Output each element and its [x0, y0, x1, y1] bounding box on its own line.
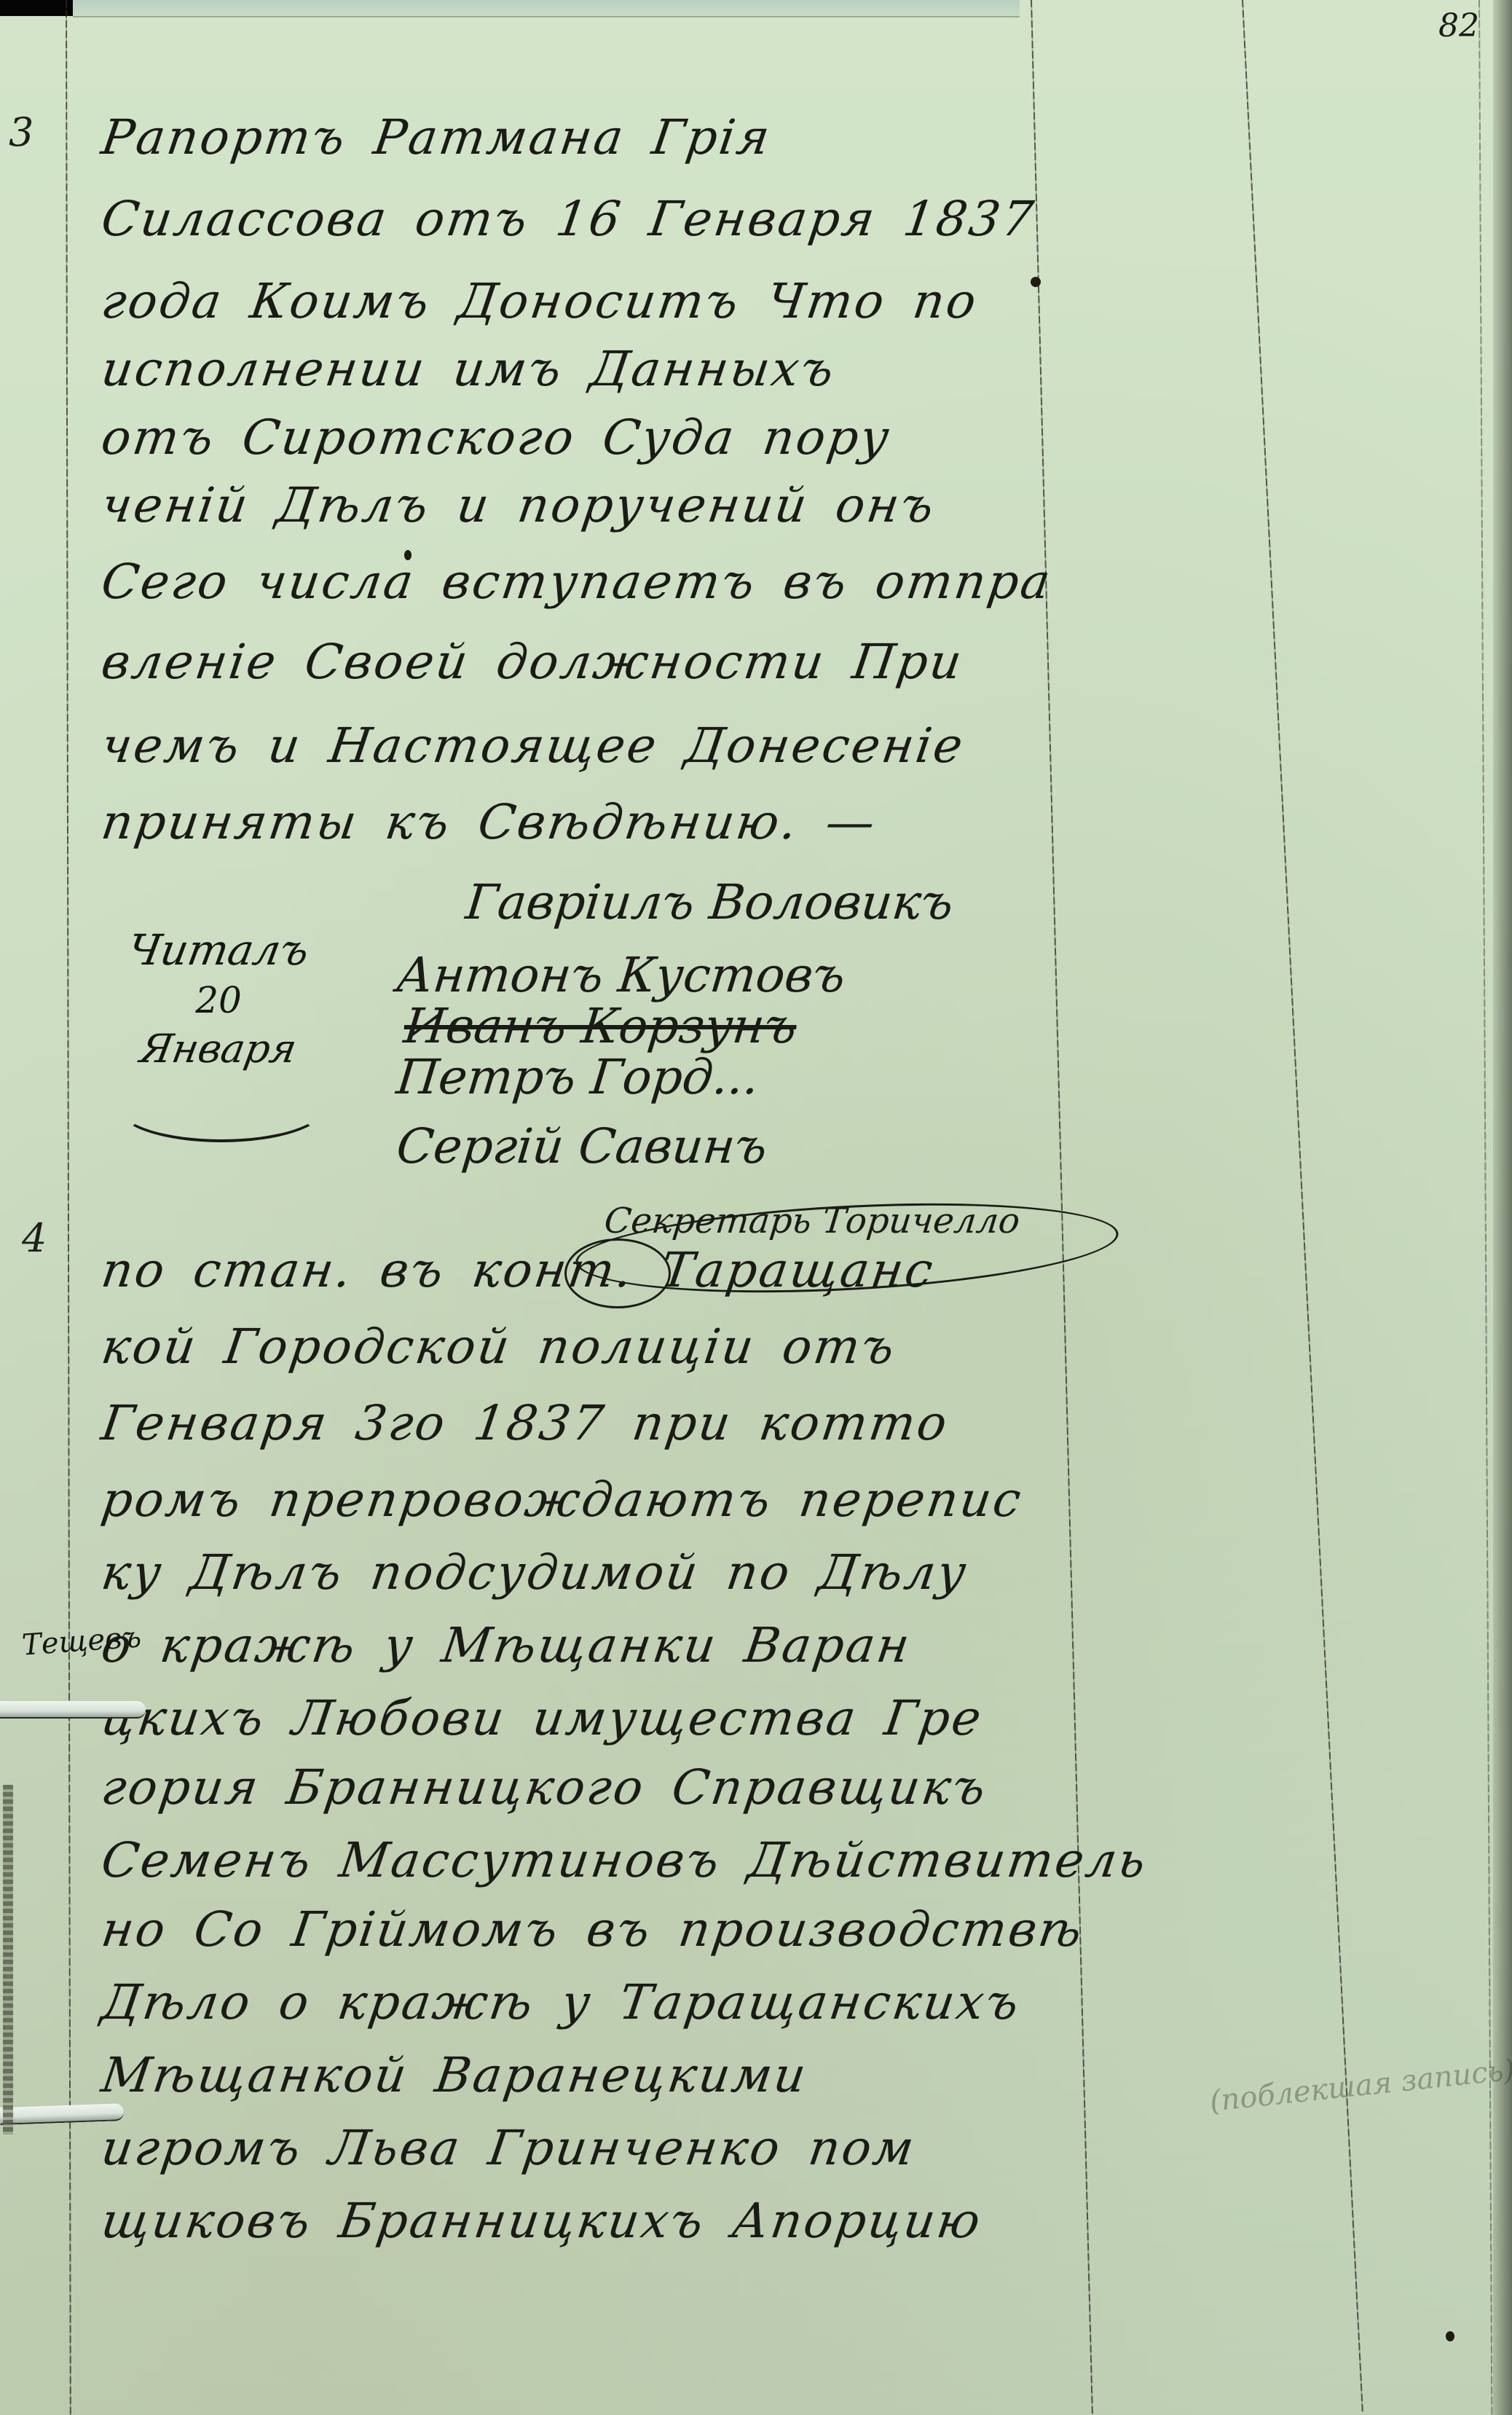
- notes-column-rule: [1242, 0, 1363, 2412]
- entry-3-line-2: Силассова отъ 16 Генваря 1837: [98, 191, 1039, 247]
- page-number: 82: [1438, 7, 1479, 44]
- margin-note-line-2: 20: [109, 979, 328, 1021]
- entry-4-line-6: о кражѣ у Мѣщанки Варан: [98, 1617, 916, 1673]
- ink-speck: [1446, 2331, 1454, 2341]
- document-page: 82 3 Рапортъ Ратманa Грiя Силассова отъ …: [0, 0, 1512, 2415]
- entry-3-line-6: ченiй Дѣлъ и поручений онъ: [98, 477, 940, 533]
- entry-4-line-2: кой Городской полицiи отъ: [98, 1319, 900, 1375]
- margin-note-line-3: Января: [105, 1026, 331, 1072]
- entry-4-line-14: щиковъ Бранницкихъ Апорцию: [98, 2193, 986, 2249]
- entry-4-line-4: ромъ препровождаютъ перепис: [98, 1472, 1027, 1528]
- entry-4-line-10: но Со Грiймомъ въ производствѣ: [98, 1901, 1087, 1957]
- top-page-fold: [73, 0, 1020, 17]
- margin-note-line-1: Читалъ: [105, 925, 332, 975]
- signature-5: Сергiй Савинъ: [394, 1118, 770, 1174]
- margin-flourish: [117, 1071, 326, 1142]
- entry-4-line-13: игромъ Льва Гринченко пом: [98, 2120, 920, 2176]
- entry-4-line-1: по стан. въ конт. Таращанс: [98, 1242, 939, 1298]
- signature-4: Петръ Горд...: [394, 1049, 762, 1105]
- entry-4-line-7: цкихъ Любови имущества Гре: [98, 1690, 987, 1746]
- scan-corner: [0, 0, 73, 16]
- binding-thread-vertical: [3, 1785, 13, 2135]
- faint-right-note: (поблекшая запись): [1208, 2053, 1512, 2118]
- entry-3-line-5: отъ Сиротского Суда пору: [98, 409, 895, 466]
- entry-3-line-4: исполнении имъ Данныхъ: [98, 341, 840, 397]
- entry-number: 3: [9, 109, 34, 155]
- entry-3-line-7: Сего числа вступаетъ въ отпра: [98, 554, 1056, 610]
- entry-4-line-11: Дѣло о кражѣ у Таращанскихъ: [98, 1974, 1025, 2030]
- entry-3-line-1: Рапортъ Ратманa Грiя: [98, 109, 776, 165]
- entry-4-line-5: ку Дѣлъ подсудимой по Дѣлу: [98, 1544, 972, 1601]
- signature-2: Антонъ Кустовъ: [394, 947, 848, 1003]
- entry-3-line-9: чемъ и Настоящее Донесенiе: [98, 718, 969, 774]
- margin-note-read: Читалъ 20 Января: [109, 925, 328, 1072]
- left-margin-rule: [66, 0, 71, 2415]
- signature-3: Иванъ Корзунъ: [401, 998, 800, 1054]
- entry-3-line-3: года Коимъ Доноситъ Что по: [98, 273, 982, 329]
- entry-4-line-8: гория Бранницкого Справщикъ: [98, 1759, 991, 1815]
- entry-number: 4: [22, 1215, 47, 1261]
- ink-speck: [404, 550, 412, 560]
- text-column-rule: [1031, 0, 1093, 2414]
- ink-speck: [1031, 277, 1041, 287]
- entry-4-line-9: Семенъ Массутиновъ Дѣйствитель: [98, 1832, 1151, 1888]
- entry-3-line-8: вленiе Своей должности При: [98, 634, 967, 690]
- page-edge-rule: [1478, 0, 1492, 2415]
- entry-4-line-3: Генваря 3го 1837 при котто: [98, 1395, 953, 1451]
- binding-thread-upper: [0, 1701, 146, 1719]
- entry-3-line-10: приняты къ Свѣдѣнию. —: [98, 794, 881, 850]
- secretary-signature: Секретарь Торичелло: [602, 1201, 1022, 1241]
- signature-1: Гаврiилъ Воловикъ: [463, 874, 956, 930]
- entry-4-line-12: Мѣщанкой Варанецкими: [98, 2047, 811, 2103]
